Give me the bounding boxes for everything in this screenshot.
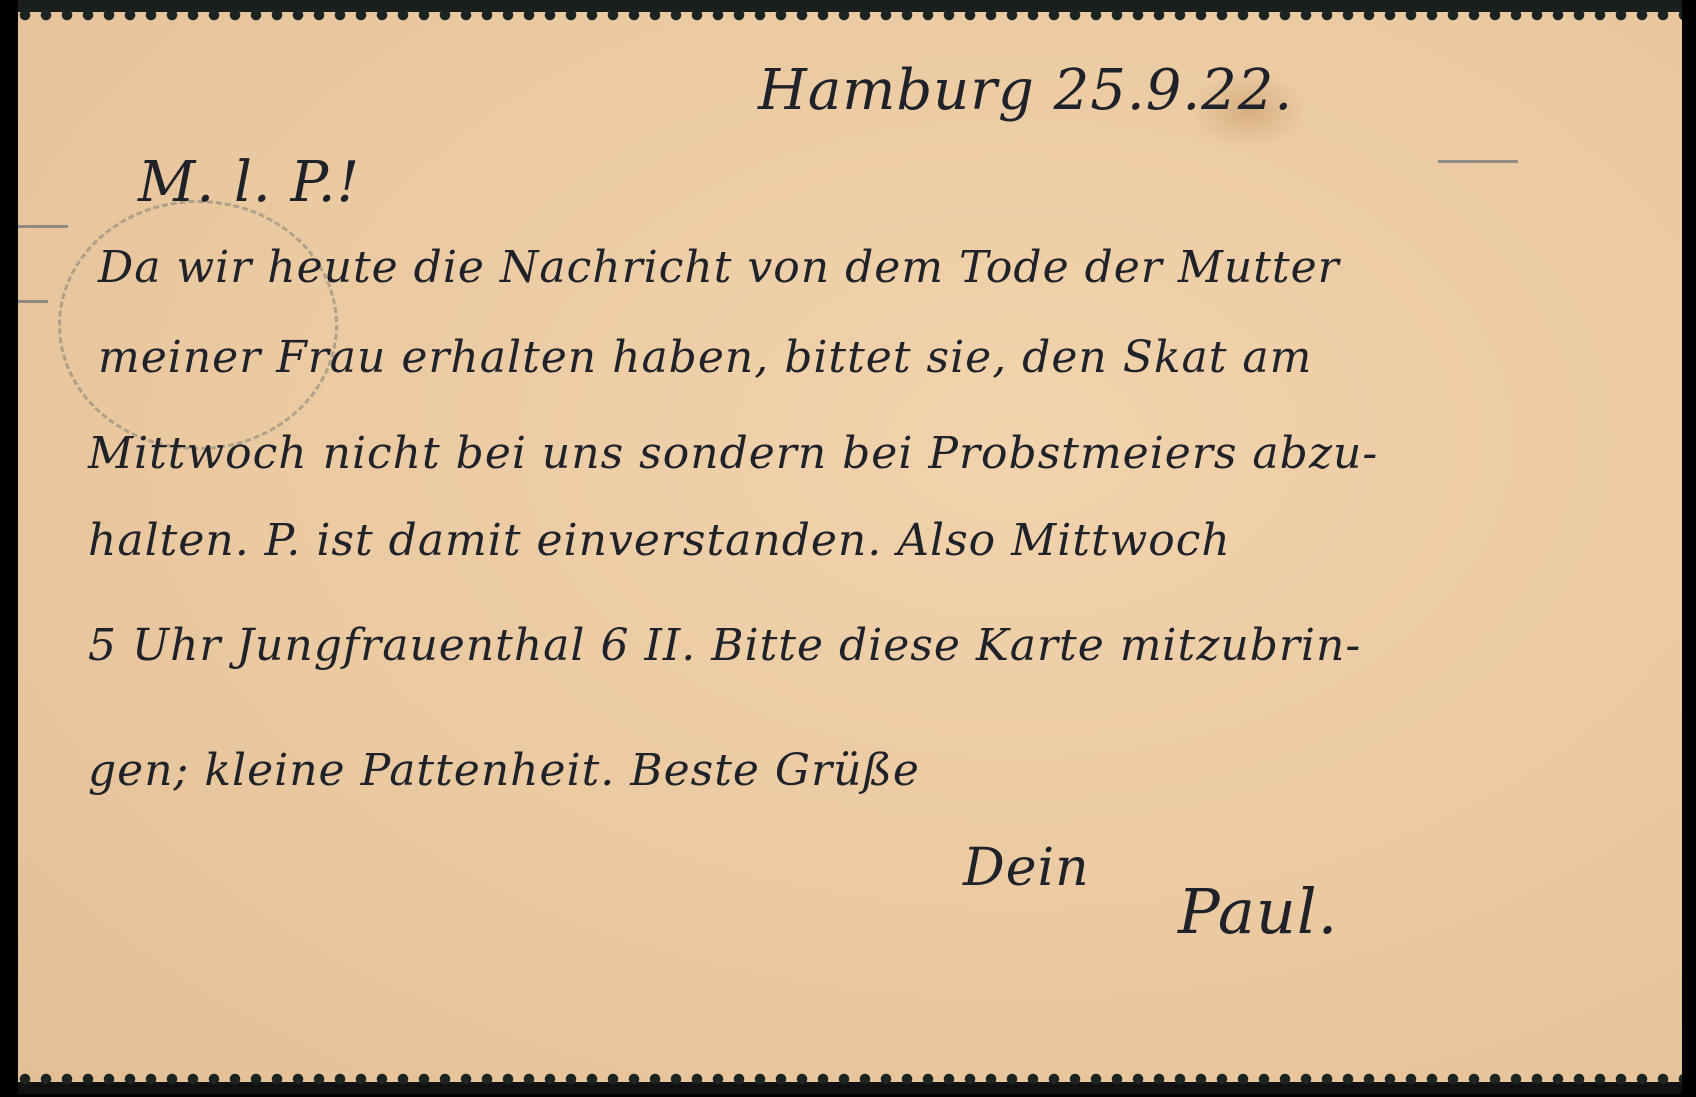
postmark-mark: [18, 300, 48, 303]
body-line-4: halten. P. ist damit einverstanden. Also…: [88, 515, 1231, 566]
postcard: Hamburg 25.9.22. M. l. P.! Da wir heute …: [18, 10, 1682, 1082]
postmark-mark: [18, 225, 68, 228]
body-line-2: meiner Frau erhalten haben, bittet sie, …: [98, 332, 1312, 383]
salutation: M. l. P.!: [138, 150, 360, 215]
perforation-bottom: [18, 1072, 1682, 1086]
place-and-date: Hamburg 25.9.22.: [758, 58, 1293, 123]
body-line-5: 5 Uhr Jungfrauenthal 6 II. Bitte diese K…: [88, 620, 1361, 671]
signature: Paul.: [1178, 875, 1338, 948]
body-line-3: Mittwoch nicht bei uns sondern bei Probs…: [88, 428, 1378, 479]
faded-postmark-stamp: [58, 200, 338, 450]
body-line-1: Da wir heute die Nachricht von dem Tode …: [98, 242, 1340, 293]
closing: Dein: [963, 838, 1090, 898]
perforation-top: [18, 8, 1682, 22]
postmark-mark: [1438, 160, 1518, 163]
body-line-6: gen; kleine Pattenheit. Beste Grüße: [88, 745, 920, 796]
